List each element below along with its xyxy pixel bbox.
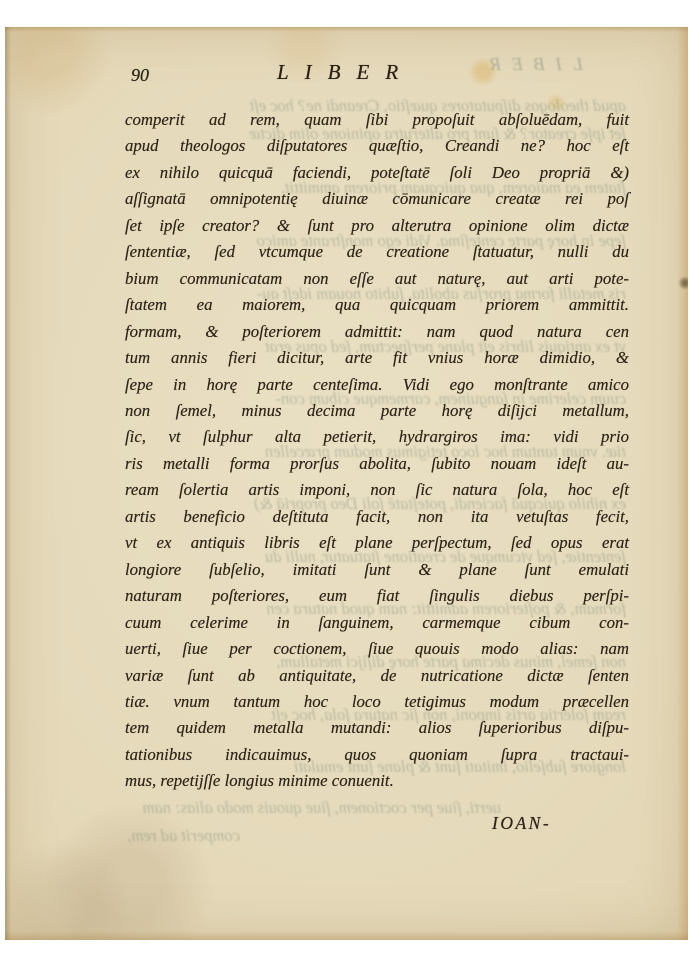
text-line: vt ex antiquis libris eſt plane perſpect… xyxy=(125,530,629,556)
bleedthrough-line: uerti, ſiue per coctionem, ſiue quouis m… xyxy=(121,797,501,818)
text-line: cuum celerime in ſanguinem, carmemque ci… xyxy=(125,610,629,636)
text-block: comperit ad rem, quam ſibi propoſuit abſ… xyxy=(125,107,629,795)
text-line: artis beneficio deſtituta facit, non ita… xyxy=(125,504,629,530)
bleedthrough-line: comperit ad rem, quam ſibi propoſuit abſ… xyxy=(125,825,240,846)
page-number: 90 xyxy=(131,65,149,86)
text-line: aſſignatā omnipotentię diuinæ cōmunicare… xyxy=(125,186,629,212)
text-line: ſepe in horę parte centeſima. Vidi ego m… xyxy=(125,372,629,398)
text-line: variæ ſunt ab antiquitate, de nutricatio… xyxy=(125,663,629,689)
text-line: uerti, ſiue per coctionem, ſiue quouis m… xyxy=(125,636,629,662)
text-line: ſet ipſe creator? & ſunt pro alterutra o… xyxy=(125,213,629,239)
text-line: tum annis fieri dicitur, arte fit vnius … xyxy=(125,345,629,371)
running-title: LIBER xyxy=(277,60,414,85)
text-line: longiore ſubſelio, imitati ſunt & plane … xyxy=(125,557,629,583)
text-line: tiæ. vnum tantum hoc loco tetigimus modu… xyxy=(125,689,629,715)
text-line: ris metalli forma prorſus abolita, ſubit… xyxy=(125,451,629,477)
text-line: ream ſolertia artis imponi, non ſic natu… xyxy=(125,477,629,503)
text-line: ex nihilo quicquā faciendi, poteſtatē ſo… xyxy=(125,160,629,186)
text-line: tem quidem metalla mutandi: alios ſuperi… xyxy=(125,715,629,741)
book-page: LIBER apud theologos diſputatores quæſti… xyxy=(5,27,688,940)
scan-background: LIBER apud theologos diſputatores quæſti… xyxy=(0,0,690,976)
text-line: tationibus indicauimus, quos quoniam ſup… xyxy=(125,742,629,768)
text-line: naturam poſteriores, eum fiat ſingulis d… xyxy=(125,583,629,609)
text-line: formam, & poſteriorem admittit: nam quod… xyxy=(125,319,629,345)
text-line: bium communicatam non eſſe aut naturę, a… xyxy=(125,266,629,292)
catchword: IOAN- xyxy=(492,813,551,834)
text-line: ſtatem ea maiorem, qua quicquam priorem … xyxy=(125,292,629,318)
text-line: ſententiæ, ſed vtcumque de creatione ſta… xyxy=(125,239,629,265)
text-line: non ſemel, minus decima parte horę diſij… xyxy=(125,398,629,424)
text-line: comperit ad rem, quam ſibi propoſuit abſ… xyxy=(125,107,629,133)
text-line: apud theologos diſputatores quæſtio, Cre… xyxy=(125,133,629,159)
text-line: mus, repetijſſe longius minime conuenit. xyxy=(125,768,629,794)
text-line: ſic, vt ſulphur alta petierit, hydrargir… xyxy=(125,424,629,450)
